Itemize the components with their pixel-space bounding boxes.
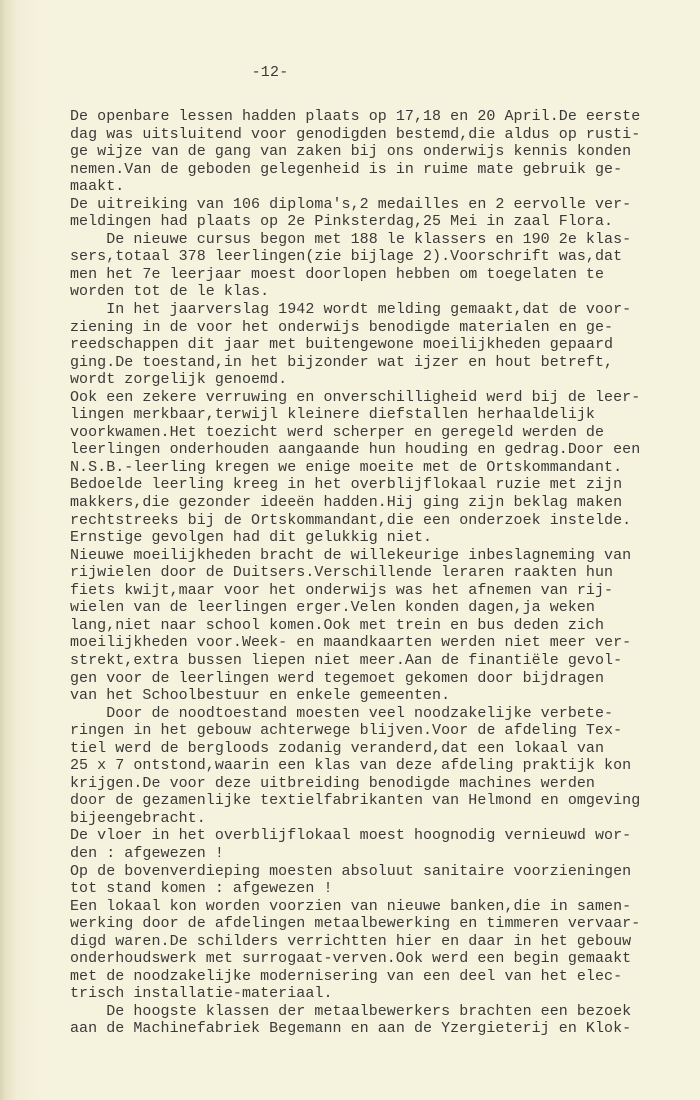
text-line: den : afgewezen !	[70, 845, 670, 863]
text-line: fiets kwijt,maar voor het onderwijs was …	[70, 582, 670, 600]
text-line: ringen in het gebouw achterwege blijven.…	[70, 722, 670, 740]
text-line: lang,niet naar school komen.Ook met trei…	[70, 617, 670, 635]
text-line: De hoogste klassen der metaalbewerkers b…	[70, 1003, 670, 1021]
text-line: De openbare lessen hadden plaats op 17,1…	[70, 108, 670, 126]
text-line: sers,totaal 378 leerlingen(zie bijlage 2…	[70, 248, 670, 266]
text-line: In het jaarverslag 1942 wordt melding ge…	[70, 301, 670, 319]
document-page: -12- De openbare lessen hadden plaats op…	[0, 0, 700, 1100]
text-line: makkers,die gezonder ideeën hadden.Hij g…	[70, 494, 670, 512]
text-line: worden tot de le klas.	[70, 283, 670, 301]
text-line: De nieuwe cursus begon met 188 le klasse…	[70, 231, 670, 249]
text-line: nemen.Van de geboden gelegenheid is in r…	[70, 161, 670, 179]
text-line: De uitreiking van 106 diploma's,2 medail…	[70, 196, 670, 214]
text-line: dag was uitsluitend voor genodigden best…	[70, 126, 670, 144]
text-line: moeilijkheden voor.Week- en maandkaarten…	[70, 634, 670, 652]
text-line: gen voor de leerlingen werd tegemoet gek…	[70, 670, 670, 688]
text-line: aan de Machinefabriek Begemann en aan de…	[70, 1020, 670, 1038]
typewritten-body: De openbare lessen hadden plaats op 17,1…	[70, 108, 670, 1038]
text-line: tot stand komen : afgewezen !	[70, 880, 670, 898]
text-line: werking door de afdelingen metaalbewerki…	[70, 915, 670, 933]
text-line: lingen merkbaar,terwijl kleinere diefsta…	[70, 406, 670, 424]
text-line: ziening in de voor het onderwijs benodig…	[70, 319, 670, 337]
text-line: men het 7e leerjaar moest doorlopen hebb…	[70, 266, 670, 284]
text-line: krijgen.De voor deze uitbreiding benodig…	[70, 775, 670, 793]
text-line: reedschappen dit jaar met buitengewone m…	[70, 336, 670, 354]
text-line: Bedoelde leerling kreeg in het overblijf…	[70, 476, 670, 494]
text-line: De vloer in het overblijflokaal moest ho…	[70, 827, 670, 845]
text-line: ging.De toestand,in het bijzonder wat ij…	[70, 354, 670, 372]
text-line: rijwielen door de Duitsers.Verschillende…	[70, 564, 670, 582]
text-line: met de noodzakelijke modernisering van e…	[70, 968, 670, 986]
text-line: door de gezamenlijke textielfabrikanten …	[70, 792, 670, 810]
text-line: Ook een zekere verruwing en onverschilli…	[70, 389, 670, 407]
text-line: maakt.	[70, 178, 670, 196]
text-line: 25 x 7 ontstond,waarin een klas van deze…	[70, 757, 670, 775]
text-line: wordt zorgelijk genoemd.	[70, 371, 670, 389]
text-line: Een lokaal kon worden voorzien van nieuw…	[70, 898, 670, 916]
text-line: strekt,extra bussen liepen niet meer.Aan…	[70, 652, 670, 670]
text-line: digd waren.De schilders verrichtten hier…	[70, 933, 670, 951]
text-line: onderhoudswerk met surrogaat-verven.Ook …	[70, 950, 670, 968]
text-line: N.S.B.-leerling kregen we enige moeite m…	[70, 459, 670, 477]
text-line: Door de noodtoestand moesten veel noodza…	[70, 705, 670, 723]
text-line: Op de bovenverdieping moesten absoluut s…	[70, 863, 670, 881]
text-line: van het Schoolbestuur en enkele gemeente…	[70, 687, 670, 705]
text-line: wielen van de leerlingen erger.Velen kon…	[70, 599, 670, 617]
text-line: bijeengebracht.	[70, 810, 670, 828]
text-line: Nieuwe moeilijkheden bracht de willekeur…	[70, 547, 670, 565]
text-line: leerlingen onderhouden aangaande hun hou…	[70, 441, 670, 459]
page-number: -12-	[240, 64, 300, 81]
text-line: trisch installatie-materiaal.	[70, 985, 670, 1003]
text-line: tiel werd de bergloods zodanig veranderd…	[70, 740, 670, 758]
text-line: ge wijze van de gang van zaken bij ons o…	[70, 143, 670, 161]
text-line: meldingen had plaats op 2e Pinksterdag,2…	[70, 213, 670, 231]
text-line: rechtstreeks bij de Ortskommandant,die e…	[70, 512, 670, 530]
text-line: Ernstige gevolgen had dit gelukkig niet.	[70, 529, 670, 547]
text-line: voorkwamen.Het toezicht werd scherper en…	[70, 424, 670, 442]
